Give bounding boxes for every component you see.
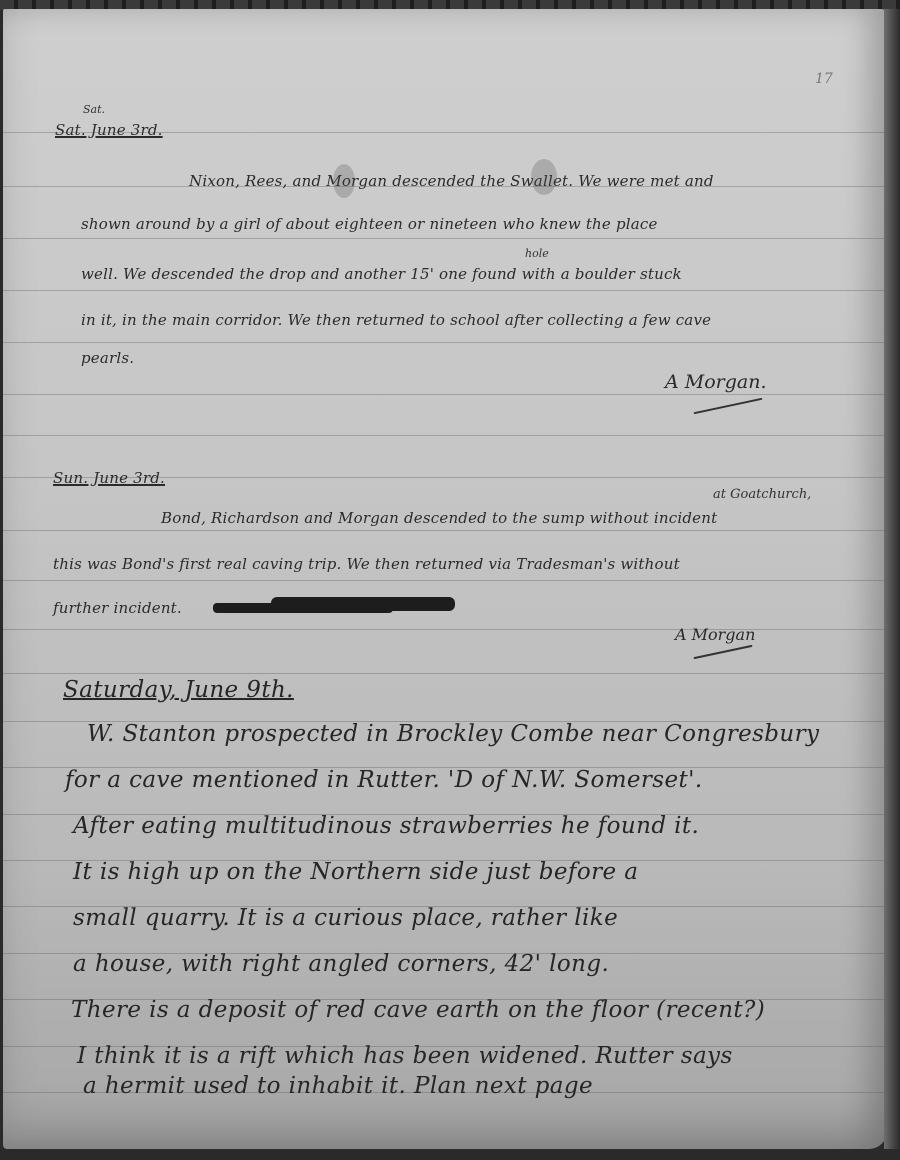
ink-smudge	[333, 164, 355, 198]
ruled-line	[3, 530, 887, 531]
insertion-note: at Goatchurch,	[713, 487, 811, 502]
ruled-line	[3, 290, 887, 291]
ruled-line	[3, 394, 887, 395]
entry-line: There is a deposit of red cave earth on …	[71, 997, 765, 1023]
entry-line: pearls.	[81, 349, 134, 367]
entry-heading: Saturday, June 9th.	[63, 677, 294, 703]
page-number: 17	[815, 71, 833, 87]
insertion-note: hole	[525, 247, 549, 260]
ruled-line	[3, 435, 887, 436]
signature: A Morgan	[675, 625, 755, 644]
struck-out-text	[213, 603, 393, 613]
ruled-line	[3, 238, 887, 239]
entry-line: in it, in the main corridor. We then ret…	[81, 311, 711, 329]
entry-line: shown around by a girl of about eighteen…	[81, 215, 658, 233]
entry-line: small quarry. It is a curious place, rat…	[73, 905, 618, 931]
entry-line: Bond, Richardson and Morgan descended to…	[161, 509, 717, 527]
entry-line: this was Bond's first real caving trip. …	[53, 555, 680, 573]
page-edge-shadow	[884, 9, 900, 1149]
ruled-line	[3, 673, 887, 674]
entry-line: It is high up on the Northern side just …	[73, 859, 638, 885]
ink-smudge	[531, 159, 557, 195]
entry-heading: Sat. June 3rd.	[55, 121, 163, 139]
entry-line: a house, with right angled corners, 42' …	[73, 951, 609, 977]
entry-line: a hermit used to inhabit it. Plan next p…	[83, 1073, 593, 1099]
signature: A Morgan.	[665, 371, 767, 393]
heading-correction: Sat.	[83, 103, 105, 116]
entry-line: I think it is a rift which has been wide…	[77, 1043, 733, 1069]
signature-flourish	[694, 398, 763, 415]
signature-flourish	[693, 645, 752, 659]
entry-line: further incident.	[53, 599, 182, 617]
entry-line: After eating multitudinous strawberries …	[73, 813, 699, 839]
entry-line: W. Stanton prospected in Brockley Combe …	[87, 721, 819, 747]
entry-line: for a cave mentioned in Rutter. 'D of N.…	[65, 767, 703, 793]
entry-line: Nixon, Rees, and Morgan descended the Sw…	[189, 172, 714, 190]
entry-line: well. We descended the drop and another …	[81, 265, 682, 283]
ruled-line	[3, 342, 887, 343]
ruled-line	[3, 580, 887, 581]
entry-heading: Sun. June 3rd.	[53, 469, 165, 487]
notebook-page: 17 Sat. Sat. June 3rd. Nixon, Rees, and …	[3, 9, 887, 1149]
